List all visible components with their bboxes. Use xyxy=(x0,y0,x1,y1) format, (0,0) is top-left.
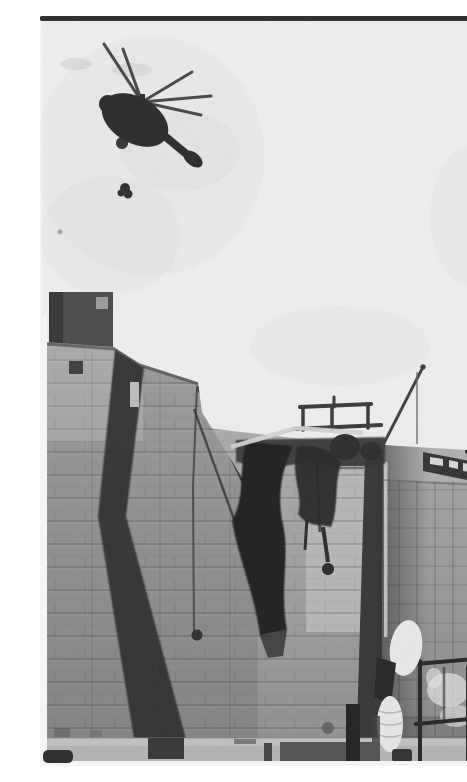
photograph xyxy=(40,16,467,766)
photo-svg xyxy=(40,16,467,766)
film-grain xyxy=(40,16,467,766)
